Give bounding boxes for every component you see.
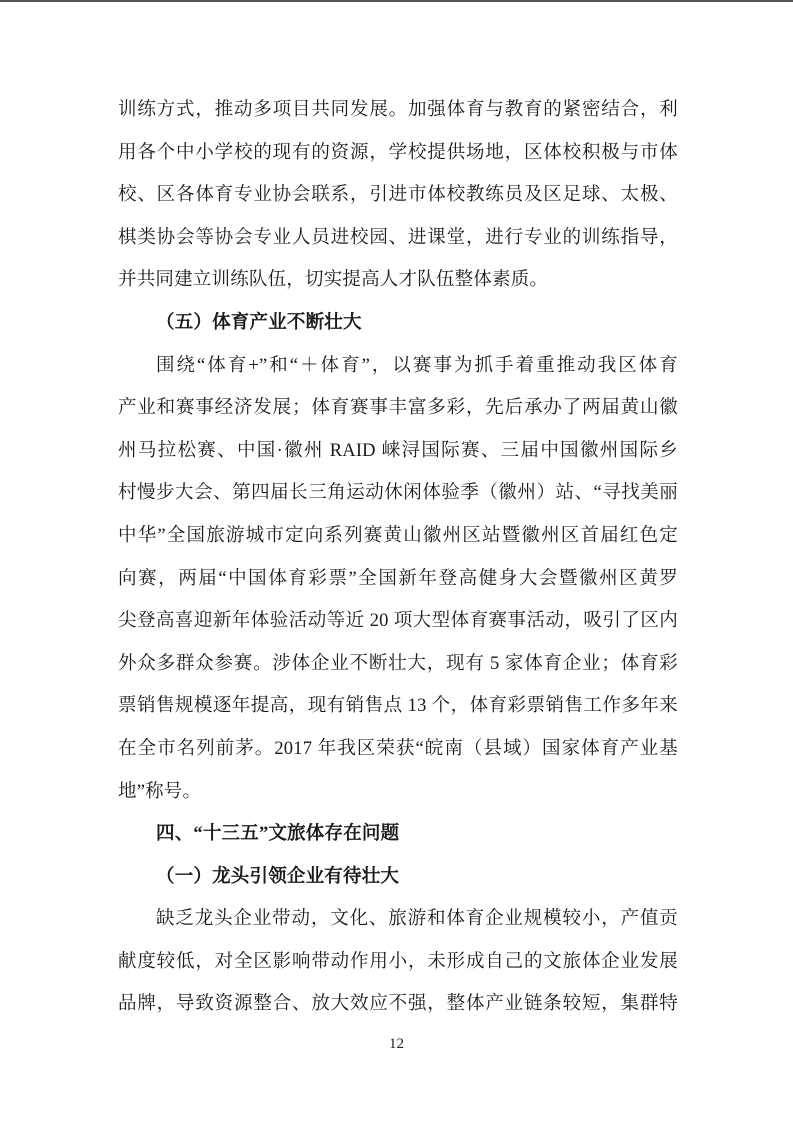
text-block: 训练方式，推动多项目共同发展。加强体育与教育的紧密结合，利用各个中小学校的现有的… <box>118 89 678 1026</box>
document-page: 训练方式，推动多项目共同发展。加强体育与教育的紧密结合，利用各个中小学校的现有的… <box>0 0 793 1122</box>
text-line: 并共同建立训练队伍，切实提高人才队伍整体素质。 <box>118 259 678 302</box>
text-line: 用各个中小学校的现有的资源，学校提供场地，区体校积极与市体 <box>118 132 678 175</box>
text-line: 校、区各体育专业协会联系，引进市体校教练员及区足球、太极、 <box>118 174 678 217</box>
text-line: 外众多群众参赛。涉体企业不断壮大，现有 5 家体育企业；体育彩 <box>118 643 678 686</box>
heading-line: （五）体育产业不断壮大 <box>118 302 678 345</box>
text-line: 中华”全国旅游城市定向系列赛黄山徽州区站暨徽州区首届红色定 <box>118 515 678 558</box>
text-line: 向赛，两届“中国体育彩票”全国新年登高健身大会暨徽州区黄罗 <box>118 558 678 601</box>
text-line: 缺乏龙头企业带动，文化、旅游和体育企业规模较小，产值贡 <box>118 898 678 941</box>
text-line: 州马拉松赛、中国·徽州 RAID 崃浔国际赛、三届中国徽州国际乡 <box>118 430 678 473</box>
page-number: 12 <box>0 1034 793 1054</box>
text-line: 票销售规模逐年提高，现有销售点 13 个，体育彩票销售工作多年来 <box>118 685 678 728</box>
text-line: 在全市名列前茅。2017 年我区荣获“皖南（县域）国家体育产业基 <box>118 728 678 771</box>
page-top-edge <box>0 0 793 2</box>
heading-line: 四、“十三五”文旅体存在问题 <box>118 813 678 856</box>
text-line: 献度较低，对全区影响带动作用小，未形成自己的文旅体企业发展 <box>118 941 678 984</box>
text-line: 地”称号。 <box>118 771 678 814</box>
text-line: 尖登高喜迎新年体验活动等近 20 项大型体育赛事活动，吸引了区内 <box>118 600 678 643</box>
heading-line: （一）龙头引领企业有待壮大 <box>118 856 678 899</box>
text-line: 训练方式，推动多项目共同发展。加强体育与教育的紧密结合，利 <box>118 89 678 132</box>
text-line: 品牌，导致资源整合、放大效应不强，整体产业链条较短，集群特 <box>118 983 678 1026</box>
text-line: 产业和赛事经济发展；体育赛事丰富多彩，先后承办了两届黄山徽 <box>118 387 678 430</box>
text-line: 围绕“体育+”和“＋体育”，以赛事为抓手着重推动我区体育 <box>118 345 678 388</box>
text-line: 棋类协会等协会专业人员进校园、进课堂，进行专业的训练指导， <box>118 217 678 260</box>
text-line: 村慢步大会、第四届长三角运动休闲体验季（徽州）站、“寻找美丽 <box>118 472 678 515</box>
